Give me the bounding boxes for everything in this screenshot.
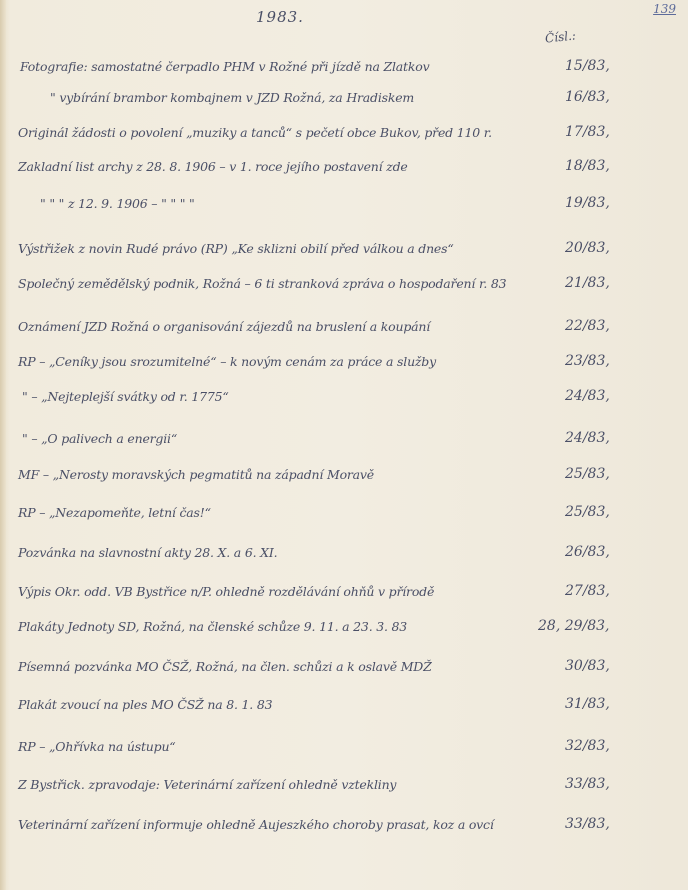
- page-number: 139: [653, 2, 676, 16]
- list-item: " – „Nejteplejší svátky od r. 1775“ 24/8…: [0, 380, 688, 404]
- entry-number: 24/83,: [565, 388, 610, 404]
- entry-description: MF – „Nerosty moravských pegmatitů na zá…: [18, 467, 374, 482]
- entry-description: Zakladní list archy z 28. 8. 1906 – v 1.…: [18, 159, 408, 174]
- list-item: " – „O palivech a energii“ 24/83,: [0, 422, 688, 446]
- list-item: Z Bystřick. zpravodaje: Veterinární zaří…: [0, 768, 688, 792]
- entry-description: Pozvánka na slavnostní akty 28. X. a 6. …: [18, 545, 277, 560]
- entry-description: Plakáty Jednoty SD, Rožná, na členské sc…: [18, 619, 407, 634]
- entry-description: Z Bystřick. zpravodaje: Veterinární zaří…: [18, 777, 396, 792]
- entry-number: 31/83,: [565, 696, 610, 712]
- entry-number: 17/83,: [565, 124, 610, 140]
- entry-number: 18/83,: [565, 158, 610, 174]
- list-item: RP – „Nezapomeňte, letní čas!“ 25/83,: [0, 496, 688, 520]
- entry-description: Společný zemědělský podnik, Rožná – 6 ti…: [18, 276, 506, 291]
- entry-description: " – „O palivech a energii“: [22, 431, 177, 446]
- entry-number: 30/83,: [565, 658, 610, 674]
- list-item: " " " z 12. 9. 1906 – " " " " 19/83,: [0, 187, 688, 211]
- entry-description: Plakát zvoucí na ples MO ČSŽ na 8. 1. 83: [18, 697, 272, 712]
- entry-number: 28, 29/83,: [538, 618, 610, 634]
- list-item: Originál žádosti o povolení „muziky a ta…: [0, 116, 688, 140]
- entry-number: 15/83,: [565, 58, 610, 74]
- entry-description: Výpis Okr. odd. VB Bystřice n/P. ohledně…: [18, 584, 434, 599]
- list-item: Plakáty Jednoty SD, Rožná, na členské sc…: [0, 610, 688, 634]
- entry-number: 27/83,: [565, 583, 610, 599]
- list-item: Zakladní list archy z 28. 8. 1906 – v 1.…: [0, 150, 688, 174]
- list-item: Společný zemědělský podnik, Rožná – 6 ti…: [0, 267, 688, 291]
- entry-number: 24/83,: [565, 430, 610, 446]
- entry-number: 21/83,: [565, 275, 610, 291]
- list-item: MF – „Nerosty moravských pegmatitů na zá…: [0, 458, 688, 482]
- entry-description: Originál žádosti o povolení „muziky a ta…: [18, 125, 492, 140]
- list-item: Veterinární zařízení informuje ohledně A…: [0, 808, 688, 832]
- column-header-number: Čísl.:: [544, 28, 576, 45]
- list-item: Oznámení JZD Rožná o organisování zájezd…: [0, 310, 688, 334]
- year-heading: 1983.: [256, 8, 304, 26]
- entry-description: RP – „Ohřívka na ústupu“: [18, 739, 176, 754]
- entry-number: 26/83,: [565, 544, 610, 560]
- list-item: Pozvánka na slavnostní akty 28. X. a 6. …: [0, 536, 688, 560]
- entry-description: " vybírání brambor kombajnem v JZD Rožná…: [50, 90, 414, 105]
- entry-description: Fotografie: samostatné čerpadlo PHM v Ro…: [20, 59, 429, 74]
- entry-description: RP – „Ceníky jsou srozumitelné“ – k nový…: [18, 354, 436, 369]
- list-item: Písemná pozvánka MO ČSŽ, Rožná, na člen.…: [0, 650, 688, 674]
- entry-number: 19/83,: [565, 195, 610, 211]
- entry-number: 33/83,: [565, 816, 610, 832]
- entry-description: RP – „Nezapomeňte, letní čas!“: [18, 505, 211, 520]
- entry-description: Písemná pozvánka MO ČSŽ, Rožná, na člen.…: [18, 659, 432, 674]
- list-item: RP – „Ceníky jsou srozumitelné“ – k nový…: [0, 345, 688, 369]
- entry-description: " " " z 12. 9. 1906 – " " " ": [40, 196, 195, 211]
- list-item: Výpis Okr. odd. VB Bystřice n/P. ohledně…: [0, 575, 688, 599]
- ledger-page: 139 1983. Čísl.: Fotografie: samostatné …: [0, 0, 688, 890]
- entry-number: 32/83,: [565, 738, 610, 754]
- list-item: RP – „Ohřívka na ústupu“ 32/83,: [0, 730, 688, 754]
- entry-description: " – „Nejteplejší svátky od r. 1775“: [22, 389, 229, 404]
- entry-description: Oznámení JZD Rožná o organisování zájezd…: [18, 319, 430, 334]
- list-item: " vybírání brambor kombajnem v JZD Rožná…: [0, 81, 688, 105]
- entry-description: Výstřižek z novin Rudé právo (RP) „Ke sk…: [18, 241, 454, 256]
- entry-number: 20/83,: [565, 240, 610, 256]
- entry-number: 33/83,: [565, 776, 610, 792]
- entry-number: 22/83,: [565, 318, 610, 334]
- entry-number: 23/83,: [565, 353, 610, 369]
- list-item: Plakát zvoucí na ples MO ČSŽ na 8. 1. 83…: [0, 688, 688, 712]
- entry-number: 25/83,: [565, 466, 610, 482]
- entry-number: 16/83,: [565, 89, 610, 105]
- entry-description: Veterinární zařízení informuje ohledně A…: [18, 817, 494, 832]
- entry-number: 25/83,: [565, 504, 610, 520]
- list-item: Fotografie: samostatné čerpadlo PHM v Ro…: [0, 50, 688, 74]
- list-item: Výstřižek z novin Rudé právo (RP) „Ke sk…: [0, 232, 688, 256]
